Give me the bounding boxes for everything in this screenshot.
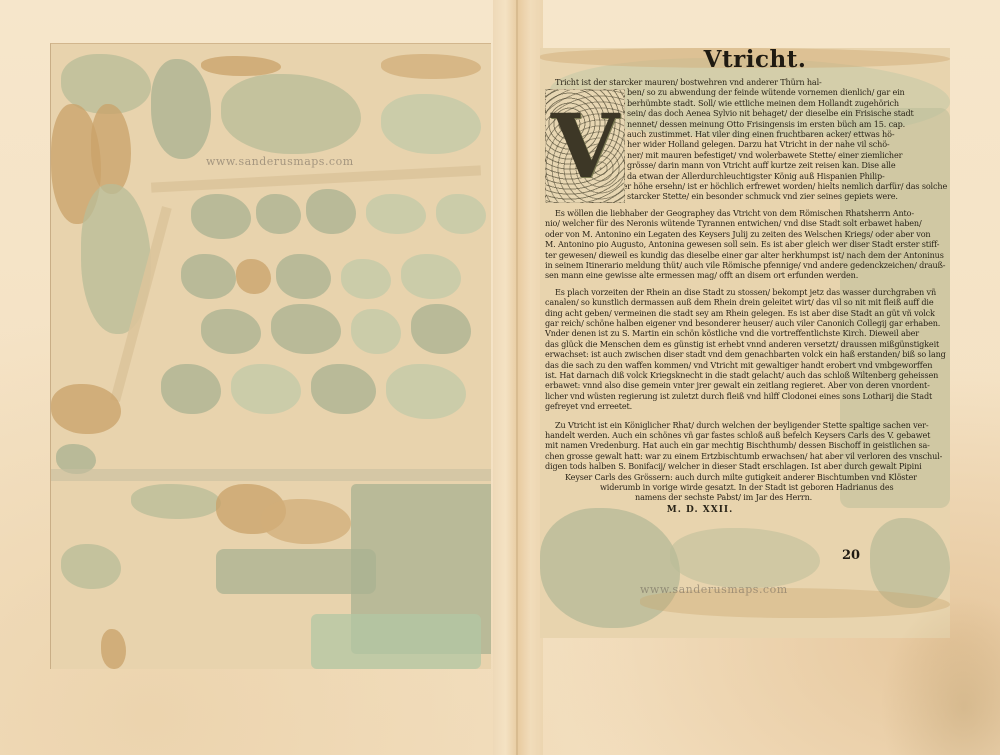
text-line: Tricht ist der starcker mauren/ bostwehr… <box>545 77 935 87</box>
text-line: erbawet: vnnd also dise gemein vnter jre… <box>545 380 935 390</box>
page-number: 20 <box>842 548 860 563</box>
text-line: M. Antonino pio Augusto, Antonina gewese… <box>545 239 935 249</box>
text-line: namens der sechste Pabst/ im Jar des Her… <box>545 492 935 502</box>
text-line: Keyser Carls des Grössern: auch durch mi… <box>545 472 935 482</box>
initial-glyph: V <box>551 102 619 190</box>
gutter-fold-line <box>516 0 518 755</box>
text-line: digen tods halben S. Bonifacij/ welcher … <box>545 461 935 471</box>
paragraph-3: Es plach vorzeiten der Rhein an dise Sta… <box>545 287 935 412</box>
text-line: ding acht geben/ vermeinen die stadt sey… <box>545 308 935 318</box>
text-line: mit namen Vredenburg. Hat auch ein gar m… <box>545 440 935 450</box>
text-line: Es wöllen die liebhaber der Geographey d… <box>545 208 935 218</box>
text-line: erwachset: ist auch zwischen diser stadt… <box>545 349 935 359</box>
corner-stain <box>880 595 1000 755</box>
text-line: ter gewesen/ dieweil es kundig das diese… <box>545 250 935 260</box>
text-line: nio/ welcher für des Neronis wütende Tyr… <box>545 218 935 228</box>
book-spread: www.sanderusmaps.com Vtricht. V Tricht i… <box>0 0 1000 755</box>
text-line: oder von M. Antonino ein Legaten des Key… <box>545 229 935 239</box>
text-line: chen grosse gewalt hatt: war zu einem Er… <box>545 451 935 461</box>
text-line: sen mann eine gewisse alte ermessen mag/… <box>545 270 935 280</box>
center-gutter <box>493 0 543 755</box>
text-line: gar reich/ schöne halben eigener vnd bes… <box>545 318 935 328</box>
text-line: das die sach zu den waffen kommen/ vnd V… <box>545 360 935 370</box>
page-title: Vtricht. <box>575 45 935 75</box>
publication-date: M. D. XXII. <box>545 505 935 515</box>
text-line: Es plach vorzeiten der Rhein an dise Sta… <box>545 287 935 297</box>
right-page-text: Vtricht. V Tricht ist der starcker maure… <box>545 45 935 515</box>
text-line: canalen/ so kunstlich dermassen auß dem … <box>545 297 935 307</box>
watermark-right: www.sanderusmaps.com <box>640 583 788 596</box>
text-line: widerumb in vorige wirde gesatzt. In der… <box>545 482 935 492</box>
left-page-map-plate <box>50 43 491 669</box>
watermark-left: www.sanderusmaps.com <box>206 155 354 168</box>
text-line: Vnder denen ist zu S. Martin ein schön k… <box>545 328 935 338</box>
text-line: handelt werden. Auch ein schönes vñ gar … <box>545 430 935 440</box>
paragraph-4: Zu Vtricht ist ein Königlicher Rhat/ dur… <box>545 420 935 503</box>
text-line: licher vnd wüsten regierung ist zuletzt … <box>545 391 935 401</box>
paragraph-2: Es wöllen die liebhaber der Geographey d… <box>545 208 935 281</box>
decorated-initial-letter: V <box>545 89 625 203</box>
text-line: Zu Vtricht ist ein Königlicher Rhat/ dur… <box>545 420 935 430</box>
text-line: in seinem Itinerario meldung thüt/ auch … <box>545 260 935 270</box>
text-line: das glück die Menschen dem es günstig is… <box>545 339 935 349</box>
text-line: ist. Hat darnach diß volck Kriegsknecht … <box>545 370 935 380</box>
text-line: gefreyet vnd erreetet. <box>545 401 935 411</box>
